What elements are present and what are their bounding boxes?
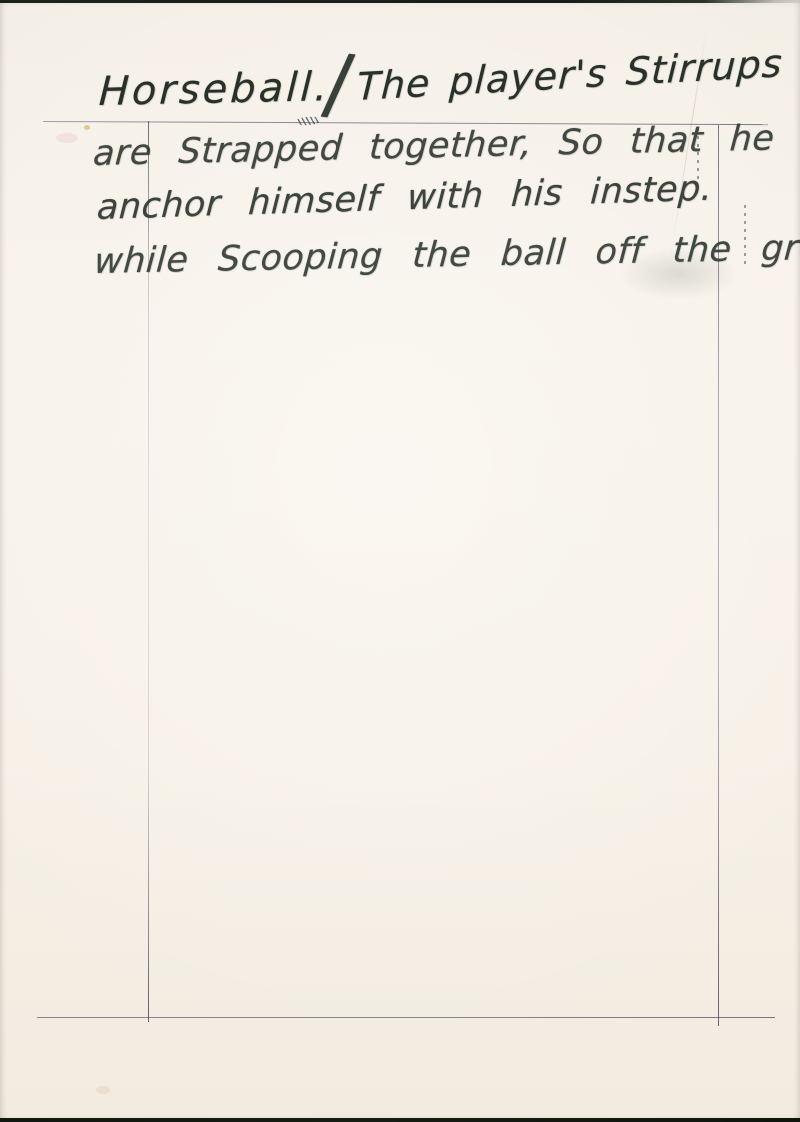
handwritten-line-3: anchor himself with his instep.	[96, 172, 713, 226]
handwritten-title: Horseball.	[98, 67, 331, 112]
film-edge-bottom	[0, 1118, 800, 1122]
ink-dot-trail-lower	[744, 205, 746, 265]
ink-smudge	[618, 248, 738, 300]
paper-speck-bottom	[96, 1086, 110, 1094]
paper-speck-pink	[56, 133, 78, 143]
film-edge-top	[0, 0, 800, 3]
paper-speck-yellow	[84, 125, 90, 130]
handwritten-line-1: The player's Stirrups	[356, 44, 784, 106]
pencil-scribble-mark	[296, 116, 320, 126]
handwritten-line-2: are Strapped together, So that he can	[92, 119, 800, 172]
insertion-slash-mark: /	[320, 43, 357, 126]
photo-of-handwritten-note: Horseball. / The player's Stirrups are S…	[0, 0, 800, 1122]
ink-dot-trail-upper	[697, 128, 699, 180]
